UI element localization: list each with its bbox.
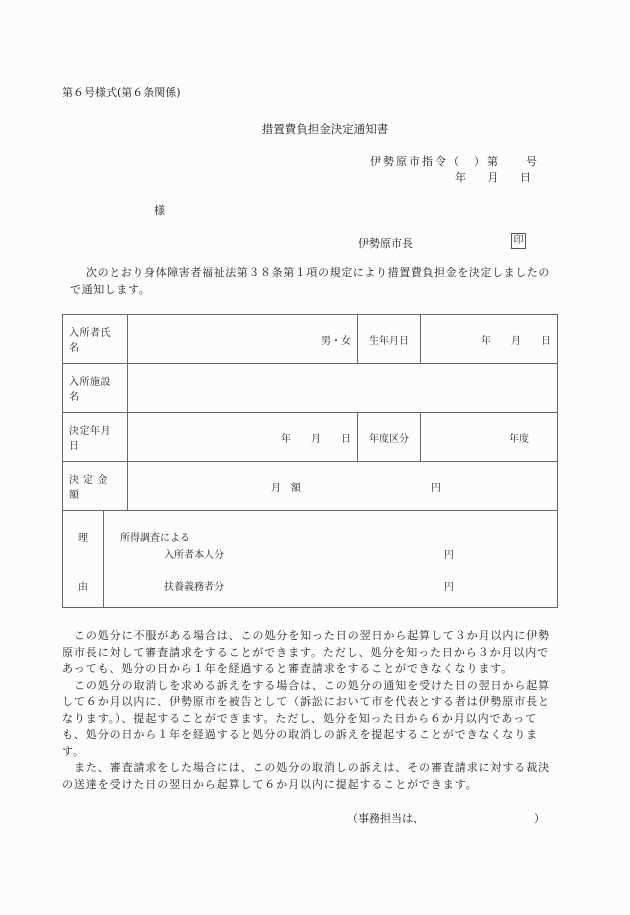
decision-table: 入所者氏名 男・女 生年月日 年月日 入所施設名 決定年月日 年月日 年度区分 … (62, 314, 558, 608)
contact-open: （事務担当は、 (347, 812, 424, 825)
resident-name-field[interactable]: 男・女 (128, 315, 358, 364)
decision-date-label: 決定年月日 (63, 413, 128, 462)
facility-field[interactable] (128, 364, 558, 413)
reason-label-top: 理 (63, 529, 103, 544)
document-number: 伊勢原市指令（ ）第 号 (370, 153, 539, 169)
birth-year: 年 (481, 332, 491, 347)
issue-month: 月 (488, 169, 499, 185)
birth-day: 日 (541, 332, 551, 347)
reason-label-bottom: 由 (63, 578, 103, 593)
resident-name-label: 入所者氏名 (63, 315, 128, 364)
table-row-resident: 入所者氏名 男・女 生年月日 年月日 (63, 315, 558, 364)
decision-year: 年 (281, 430, 291, 445)
amount-label: 決 定 金 額 (63, 462, 128, 511)
issue-date: 年 月 日 (455, 169, 549, 185)
form-number: 第６号様式(第６条関係) (62, 84, 181, 100)
birthdate-field[interactable]: 年月日 (421, 315, 558, 364)
table-row-decision-date: 決定年月日 年月日 年度区分 年度 (63, 413, 558, 462)
table-row-amount: 決 定 金 額 月 額円 (63, 462, 558, 511)
table-row-reason: 理 由 所得調査による 入所者本人分 円 扶養義務者分 円 (63, 511, 558, 608)
appeal-notice: この処分に不服がある場合は、この処分を知った日の翌日から起算して３か月以内に伊勢… (62, 628, 556, 793)
supporter-share-label: 扶養義務者分 (164, 578, 224, 593)
contact-close: ） (534, 812, 545, 825)
reason-cell: 理 由 所得調査による 入所者本人分 円 扶養義務者分 円 (63, 511, 558, 608)
issue-year: 年 (455, 169, 466, 185)
contact-person: （事務担当は、） (347, 810, 545, 826)
self-share-yen[interactable]: 円 (444, 546, 454, 561)
amount-yen: 円 (431, 483, 441, 494)
facility-label: 入所施設名 (63, 364, 128, 413)
seal-mark: 印 (511, 233, 526, 249)
gender-options: 男・女 (321, 336, 351, 347)
reason-body: 所得調査による 入所者本人分 円 扶養義務者分 円 (103, 511, 557, 607)
fiscal-year-field[interactable]: 年度 (421, 413, 558, 462)
birthdate-label: 生年月日 (358, 315, 421, 364)
notice-paragraph-after-review: また、審査請求をした場合には、この処分の取消しの訴えは、その審査請求に対する裁決… (62, 760, 556, 793)
reason-heading: 所得調査による (120, 529, 190, 544)
self-share-label: 入所者本人分 (164, 546, 224, 561)
notice-paragraph-lawsuit: この処分の取消しを求める訴えをする場合は、この処分の通知を受けた日の翌日から起算… (62, 678, 556, 761)
decision-date-field[interactable]: 年月日 (128, 413, 358, 462)
monthly-label: 月 額 (271, 479, 431, 494)
notice-paragraph-review: この処分に不服がある場合は、この処分を知った日の翌日から起算して３か月以内に伊勢… (62, 628, 556, 678)
document-title: 措置費負担金決定通知書 (0, 121, 630, 137)
amount-field[interactable]: 月 額円 (128, 462, 558, 511)
issuer-name: 伊勢原市長 (358, 235, 413, 251)
supporter-share-yen[interactable]: 円 (444, 578, 454, 593)
birth-month: 月 (511, 332, 521, 347)
intro-text: 次のとおり身体障害者福祉法第３８条第１項の規定により措置費負担金を決定しましたの… (70, 264, 560, 298)
issue-day: 日 (520, 169, 531, 185)
table-row-facility: 入所施設名 (63, 364, 558, 413)
decision-month: 月 (311, 430, 321, 445)
addressee: 様 (154, 202, 165, 218)
decision-day: 日 (341, 430, 351, 445)
fiscal-year-label: 年度区分 (358, 413, 421, 462)
